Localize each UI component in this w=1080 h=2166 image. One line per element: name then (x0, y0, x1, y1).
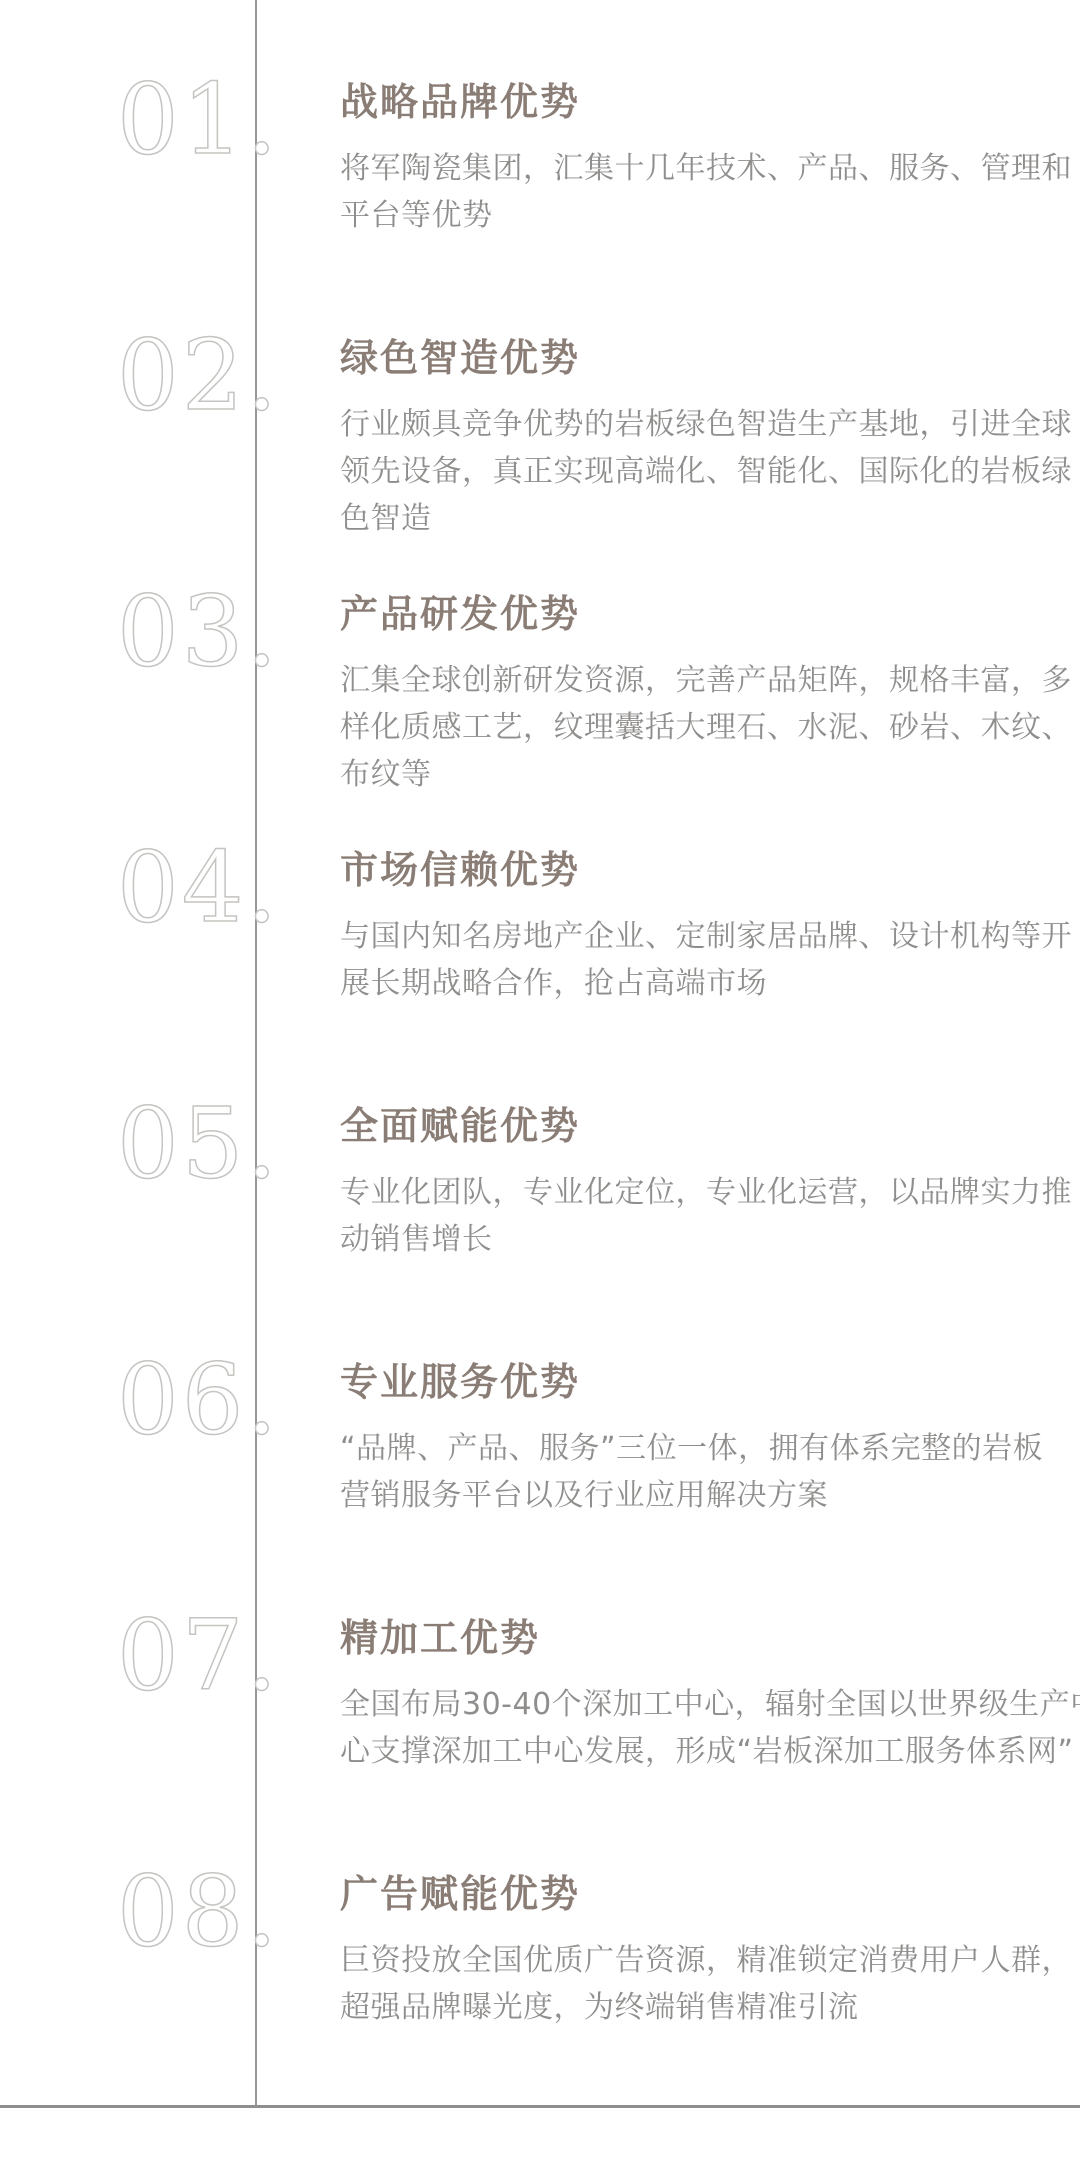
item-number: 07. (117, 1607, 280, 1704)
list-item: 07. 精加工优势 全国布局30-40个深加工中心，辐射全国以世界级生产中心支撑… (0, 1607, 1080, 1863)
item-number: 08. (117, 1863, 280, 1960)
description-line: 动销售增长 (340, 1216, 1050, 1263)
list-item: 06. 专业服务优势 “品牌、产品、服务”三位一体，拥有体系完整的岩板营销服务平… (0, 1351, 1080, 1607)
item-title: 市场信赖优势 (340, 849, 580, 891)
item-description: 将军陶瓷集团，汇集十几年技术、产品、服务、管理和平台等优势 (340, 145, 1050, 239)
description-line: 巨资投放全国优质广告资源，精准锁定消费用户人群， (340, 1937, 1050, 1984)
item-number: 06. (117, 1351, 280, 1448)
item-title: 全面赋能优势 (340, 1105, 580, 1147)
item-description: 专业化团队，专业化定位，专业化运营，以品牌实力推动销售增长 (340, 1169, 1050, 1263)
description-line: 平台等优势 (340, 192, 1050, 239)
item-description: “品牌、产品、服务”三位一体，拥有体系完整的岩板营销服务平台以及行业应用解决方案 (340, 1425, 1050, 1519)
description-line: 营销服务平台以及行业应用解决方案 (340, 1472, 1050, 1519)
item-number: 04. (117, 839, 280, 936)
item-number: 02. (117, 327, 280, 424)
item-description: 巨资投放全国优质广告资源，精准锁定消费用户人群，超强品牌曝光度，为终端销售精准引… (340, 1937, 1050, 2031)
description-line: 样化质感工艺，纹理囊括大理石、水泥、砂岩、木纹、 (340, 704, 1050, 751)
description-line: 布纹等 (340, 751, 1050, 798)
item-description: 汇集全球创新研发资源，完善产品矩阵，规格丰富，多样化质感工艺，纹理囊括大理石、水… (340, 657, 1050, 798)
item-number: 03. (117, 583, 280, 680)
list-item: 05. 全面赋能优势 专业化团队，专业化定位，专业化运营，以品牌实力推动销售增长 (0, 1095, 1080, 1351)
item-number: 01. (117, 71, 280, 168)
list-item: 04. 市场信赖优势 与国内知名房地产企业、定制家居品牌、设计机构等开展长期战略… (0, 839, 1080, 1095)
description-line: 与国内知名房地产企业、定制家居品牌、设计机构等开 (340, 913, 1050, 960)
item-description: 全国布局30-40个深加工中心，辐射全国以世界级生产中心支撑深加工中心发展，形成… (340, 1681, 1050, 1775)
item-description: 行业颇具竞争优势的岩板绿色智造生产基地，引进全球领先设备，真正实现高端化、智能化… (340, 401, 1050, 542)
description-line: 超强品牌曝光度，为终端销售精准引流 (340, 1984, 1050, 2031)
item-title: 绿色智造优势 (340, 337, 580, 379)
list-item: 03. 产品研发优势 汇集全球创新研发资源，完善产品矩阵，规格丰富，多样化质感工… (0, 583, 1080, 839)
item-number: 05. (117, 1095, 280, 1192)
description-line: 心支撑深加工中心发展，形成“岩板深加工服务体系网” (340, 1728, 1050, 1775)
item-title: 专业服务优势 (340, 1361, 580, 1403)
item-title: 精加工优势 (340, 1617, 540, 1659)
list-item: 01. 战略品牌优势 将军陶瓷集团，汇集十几年技术、产品、服务、管理和平台等优势 (0, 71, 1080, 327)
description-line: 专业化团队，专业化定位，专业化运营，以品牌实力推 (340, 1169, 1050, 1216)
description-line: 展长期战略合作，抢占高端市场 (340, 960, 1050, 1007)
list-item: 08. 广告赋能优势 巨资投放全国优质广告资源，精准锁定消费用户人群，超强品牌曝… (0, 1863, 1080, 2119)
item-title: 广告赋能优势 (340, 1873, 580, 1915)
item-title: 产品研发优势 (340, 593, 580, 635)
description-line: “品牌、产品、服务”三位一体，拥有体系完整的岩板 (340, 1425, 1050, 1472)
description-line: 行业颇具竞争优势的岩板绿色智造生产基地，引进全球 (340, 401, 1050, 448)
description-line: 汇集全球创新研发资源，完善产品矩阵，规格丰富，多 (340, 657, 1050, 704)
item-title: 战略品牌优势 (340, 81, 580, 123)
item-description: 与国内知名房地产企业、定制家居品牌、设计机构等开展长期战略合作，抢占高端市场 (340, 913, 1050, 1007)
description-line: 将军陶瓷集团，汇集十几年技术、产品、服务、管理和 (340, 145, 1050, 192)
advantages-page: 01. 战略品牌优势 将军陶瓷集团，汇集十几年技术、产品、服务、管理和平台等优势… (0, 0, 1080, 2166)
description-line: 色智造 (340, 495, 1050, 542)
list-item: 02. 绿色智造优势 行业颇具竞争优势的岩板绿色智造生产基地，引进全球领先设备，… (0, 327, 1080, 583)
description-line: 领先设备，真正实现高端化、智能化、国际化的岩板绿 (340, 448, 1050, 495)
description-line: 全国布局30-40个深加工中心，辐射全国以世界级生产中 (340, 1681, 1050, 1728)
